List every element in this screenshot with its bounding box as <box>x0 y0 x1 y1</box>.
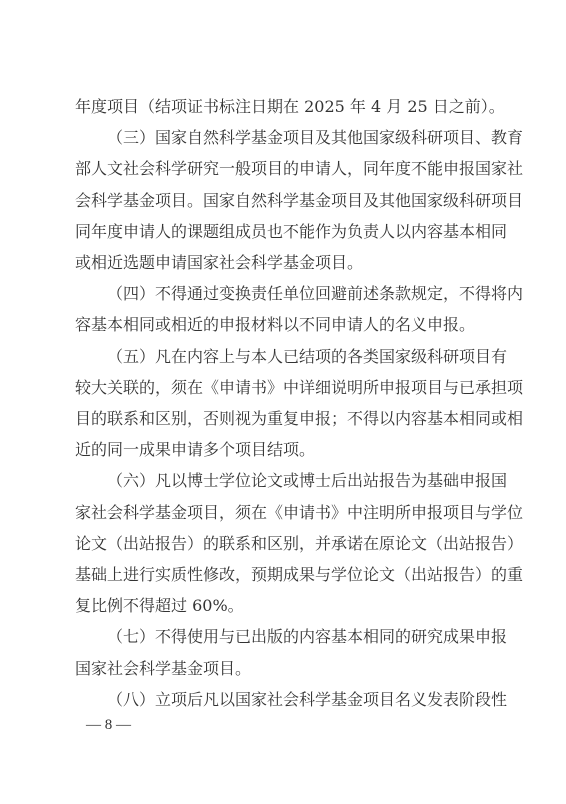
text-line: （四）不得通过变换责任单位回避前述条款规定，不得将内 <box>107 283 499 305</box>
text-line: 会科学基金项目。国家自然科学基金项目及其他国家级科研项目 <box>75 190 499 212</box>
text-line: （八）立项后凡以国家社会科学基金项目名义发表阶段性 <box>107 689 499 711</box>
text-line: 国家社会科学基金项目。 <box>75 658 499 680</box>
text-line: 容基本相同或相近的申报材料以不同申请人的名义申报。 <box>75 314 499 336</box>
text-line: 年度项目（结项证书标注日期在 2025 年 4 月 25 日之前）。 <box>75 96 499 118</box>
text-line: 部人文社会科学研究一般项目的申请人，同年度不能申报国家社 <box>75 158 499 180</box>
text-line: （七）不得使用与已出版的内容基本相同的研究成果申报 <box>107 626 499 648</box>
text-line: 近的同一成果申请多个项目结项。 <box>75 439 499 461</box>
text-line: 较大关联的，须在《申请书》中详细说明所申报项目与已承担项 <box>75 377 499 399</box>
text-line: （五）凡在内容上与本人已结项的各类国家级科研项目有 <box>107 346 499 368</box>
text-line: 论文（出站报告）的联系和区别，并承诺在原论文（出站报告） <box>75 533 499 555</box>
document-page: 年度项目（结项证书标注日期在 2025 年 4 月 25 日之前）。（三）国家自… <box>0 0 566 804</box>
text-line: 或相近选题申请国家社会科学基金项目。 <box>75 252 499 274</box>
text-line: （六）凡以博士学位论文或博士后出站报告为基础申报国 <box>107 470 499 492</box>
page-number: — 8 — <box>86 715 131 735</box>
text-line: 家社会科学基金项目，须在《申请书》中注明所申报项目与学位 <box>75 502 499 524</box>
text-line: 同年度申请人的课题组成员也不能作为负责人以内容基本相同 <box>75 221 499 243</box>
text-line: 目的联系和区别，否则视为重复申报；不得以内容基本相同或相 <box>75 408 499 430</box>
text-line: 复比例不得超过 60%。 <box>75 595 499 617</box>
text-line: 基础上进行实质性修改，预期成果与学位论文（出站报告）的重 <box>75 564 499 586</box>
text-line: （三）国家自然科学基金项目及其他国家级科研项目、教育 <box>107 127 499 149</box>
